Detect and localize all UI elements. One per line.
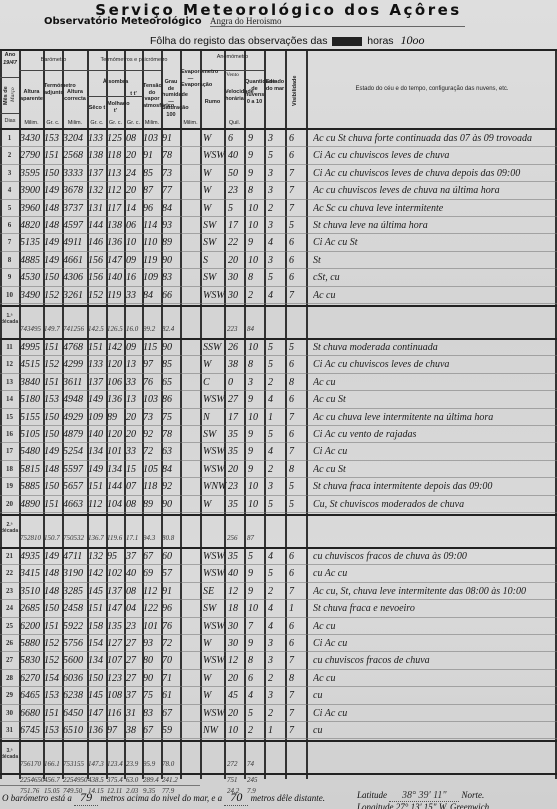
cell-nuv: 9 xyxy=(248,446,253,457)
cell-vis: 6 xyxy=(289,429,294,440)
cell-nuv: 9 xyxy=(248,133,253,144)
barometer-text: O barómetro está a xyxy=(2,793,72,803)
day-number: 25 xyxy=(0,622,19,630)
cell-rumo: W xyxy=(203,690,211,701)
sky-state-note: Ac cu xyxy=(313,621,553,632)
cell-seco: 149 xyxy=(88,394,103,405)
decade-alt-c: 753155 xyxy=(63,760,84,768)
cell-tt: 10 xyxy=(126,237,136,248)
cell-mar: 4 xyxy=(268,394,273,405)
unit-grc: Gr. c. xyxy=(88,120,106,127)
cell-molh: 108 xyxy=(107,690,122,701)
cell-vel: 30 xyxy=(228,621,238,632)
barometer-header: Barómetro xyxy=(20,57,87,64)
day-number: 10 xyxy=(0,291,19,299)
sheet-label-prefix: Fôlha do registo das observações das xyxy=(150,35,327,47)
cell-molh: 102 xyxy=(107,568,122,579)
monthly-sum-term: 456.7 xyxy=(44,776,60,784)
cell-seco: 158 xyxy=(88,621,103,632)
cell-term: 153 xyxy=(44,725,59,736)
cell-molh: 107 xyxy=(107,655,122,666)
cell-alt-c: 5657 xyxy=(63,481,83,492)
cell-nuv: 9 xyxy=(248,464,253,475)
day-number: 3 xyxy=(0,169,19,177)
cell-rumo: S xyxy=(203,255,208,266)
cell-mar: 2 xyxy=(268,377,273,388)
decade-label: 3.ª década xyxy=(0,748,19,760)
day-number: 15 xyxy=(0,413,19,421)
decade-tt: 23.9 xyxy=(126,760,138,768)
sky-state-note: Ci Ac cu xyxy=(313,446,553,457)
cell-molh: 135 xyxy=(107,621,122,632)
cell-term: 150 xyxy=(44,168,59,179)
longitude-suffix: W. Greenwich xyxy=(439,802,489,809)
cell-mar: 5 xyxy=(268,499,273,510)
cell-rumo: WSW xyxy=(203,708,225,719)
day-number: 6 xyxy=(0,221,19,229)
monthly-sum-tt: 63.0 xyxy=(126,776,138,784)
cell-tens: 103 xyxy=(143,394,158,405)
decade-seco: 147.3 xyxy=(88,760,104,768)
monthly-sum-alt-ap: 2254650 xyxy=(20,776,45,784)
cell-molh: 144 xyxy=(107,481,122,492)
cell-nuv: 10 xyxy=(248,412,258,423)
cell-nuv: 9 xyxy=(248,568,253,579)
cell-vel: 6 xyxy=(228,133,233,144)
sky-state-note: Ac cu St xyxy=(313,394,553,405)
sky-state-note: Ci Ac cu chuviscos leves de chuva depois… xyxy=(313,168,553,179)
cell-vel: 17 xyxy=(228,220,238,231)
cell-molh: 119 xyxy=(107,290,121,301)
cell-rumo: SSW xyxy=(203,342,221,353)
cell-molh: 120 xyxy=(107,429,122,440)
cell-hum: 89 xyxy=(162,237,172,248)
observations-table: Ano 19/47 Mês de Março Dias Barómetro Al… xyxy=(0,49,557,779)
cell-rumo: W xyxy=(203,185,211,196)
cell-nuv: 10 xyxy=(248,220,258,231)
sky-state-note: Ac cu xyxy=(313,377,553,388)
cell-vel: 35 xyxy=(228,551,238,562)
cell-alt-ap: 6465 xyxy=(20,690,40,701)
cell-alt-ap: 5180 xyxy=(20,394,40,405)
cell-molh: 95 xyxy=(107,551,117,562)
cell-term: 152 xyxy=(44,290,59,301)
cell-mar: 3 xyxy=(268,255,273,266)
cell-tens: 91 xyxy=(143,150,153,161)
cell-alt-ap: 5885 xyxy=(20,481,40,492)
cell-seco: 147 xyxy=(88,708,103,719)
cell-vel: 40 xyxy=(228,568,238,579)
cell-vis: 5 xyxy=(289,481,294,492)
sky-state-note: Ac cu St chuva forte continuada das 07 à… xyxy=(313,133,553,144)
latitude-value: 38° 39' 11" xyxy=(389,790,459,802)
cell-hum: 86 xyxy=(162,394,172,405)
cell-tens: 84 xyxy=(143,290,153,301)
cell-seco: 154 xyxy=(88,638,103,649)
cell-vis: 6 xyxy=(289,551,294,562)
cell-rumo: WSW xyxy=(203,655,225,666)
cell-term: 149 xyxy=(44,255,59,266)
year-value: 19/47 xyxy=(1,60,19,67)
cell-mar: 5 xyxy=(268,272,273,283)
cell-vis: 7 xyxy=(289,725,294,736)
cell-term: 150 xyxy=(44,429,59,440)
sky-state-note: Ac cu, St, chuva leve intermitente das 0… xyxy=(313,586,553,597)
cell-alt-ap: 4885 xyxy=(20,255,40,266)
cell-vis: 5 xyxy=(289,342,294,353)
latitude: Latitude 38° 39' 11" Norte. xyxy=(357,790,484,802)
cell-vel: 5 xyxy=(228,203,233,214)
cell-vis: 6 xyxy=(289,255,294,266)
cell-seco: 134 xyxy=(88,446,103,457)
decade-label: 2.ª década xyxy=(0,522,19,534)
sky-state-note: cu Ac cu xyxy=(313,568,553,579)
cell-vis: 6 xyxy=(289,359,294,370)
cell-hum: 92 xyxy=(162,481,172,492)
day-number: 16 xyxy=(0,430,19,438)
cell-alt-c: 6036 xyxy=(63,673,83,684)
cell-vel: 35 xyxy=(228,446,238,457)
cell-alt-ap: 3430 xyxy=(20,133,40,144)
day-number: 27 xyxy=(0,656,19,664)
cell-vel: 20 xyxy=(228,708,238,719)
cell-tens: 80 xyxy=(143,655,153,666)
sky-state-note: Ac cu chuva leve intermitente na última … xyxy=(313,412,553,423)
cell-tt: 13 xyxy=(126,394,136,405)
sky-state-note: cu xyxy=(313,725,553,736)
cell-vel: 30 xyxy=(228,638,238,649)
cell-rumo: W xyxy=(203,673,211,684)
cell-rumo: W xyxy=(203,499,211,510)
decade-nuv: 74 xyxy=(247,760,254,768)
cell-alt-c: 5922 xyxy=(63,621,83,632)
cell-vis: 7 xyxy=(289,168,294,179)
day-number: 12 xyxy=(0,360,19,368)
cell-term: 148 xyxy=(44,464,59,475)
cell-alt-ap: 6270 xyxy=(20,673,40,684)
cell-alt-ap: 2790 xyxy=(20,150,40,161)
decade-term: 166.1 xyxy=(44,760,60,768)
cell-tt: 27 xyxy=(126,638,136,649)
cell-term: 153 xyxy=(44,394,59,405)
cell-term: 152 xyxy=(44,638,59,649)
cell-term: 149 xyxy=(44,185,59,196)
cell-tens: 76 xyxy=(143,377,153,388)
cell-nuv: 5 xyxy=(248,551,253,562)
cell-mar: 5 xyxy=(268,342,273,353)
cell-vis: 8 xyxy=(289,673,294,684)
decade-alt-c: 741256 xyxy=(63,325,84,333)
thermometers-header: Termómetros e psicrómetro xyxy=(88,57,180,64)
cell-nuv: 10 xyxy=(248,481,258,492)
cell-tens: 92 xyxy=(143,429,153,440)
cell-hum: 78 xyxy=(162,429,172,440)
cell-vis: 6 xyxy=(289,150,294,161)
day-number: 21 xyxy=(0,552,19,560)
hour-value: 10oo xyxy=(400,33,424,47)
cell-alt-ap: 5815 xyxy=(20,464,40,475)
cell-mar: 4 xyxy=(268,290,273,301)
cell-alt-c: 3261 xyxy=(63,290,83,301)
humidity-header: Grau de humidade — Saturação 100 xyxy=(162,79,180,118)
cell-mar: 4 xyxy=(268,237,273,248)
sky-state-note: St chuva fraca e nevoeiro xyxy=(313,603,553,614)
cell-nuv: 2 xyxy=(248,290,253,301)
cell-seco: 137 xyxy=(88,168,103,179)
cell-molh: 113 xyxy=(107,168,121,179)
day-number: 8 xyxy=(0,256,19,264)
cell-mar: 3 xyxy=(268,481,273,492)
sky-state-note: St chuva moderada continuada xyxy=(313,342,553,353)
cell-alt-c: 4597 xyxy=(63,220,83,231)
cell-tt: 09 xyxy=(126,255,136,266)
cell-seco: 145 xyxy=(88,586,103,597)
cell-molh: 140 xyxy=(107,272,122,283)
decade-seco: 136.7 xyxy=(88,534,104,542)
cell-molh: 142 xyxy=(107,342,122,353)
day-number: 30 xyxy=(0,709,19,717)
latitude-label: Latitude xyxy=(357,790,387,800)
cell-tens: 114 xyxy=(143,220,157,231)
cell-tens: 83 xyxy=(143,708,153,719)
decade-alt-ap: 743495 xyxy=(20,325,41,333)
cell-seco: 150 xyxy=(88,673,103,684)
decade-molh: 119.6 xyxy=(107,534,122,542)
decade-tt: 16.0 xyxy=(126,325,138,333)
cell-alt-ap: 5830 xyxy=(20,655,40,666)
cell-tt: 38 xyxy=(126,725,136,736)
cell-vis: 8 xyxy=(289,464,294,475)
sky-state-note: cSt, cu xyxy=(313,272,553,283)
cell-vis: 7 xyxy=(289,290,294,301)
sky-state-note: Ac cu chuviscos leves de chuva na última… xyxy=(313,185,553,196)
day-number: 1 xyxy=(0,134,19,142)
evaporimeter-header: Evaporómetro — Evaporação xyxy=(181,69,200,89)
cell-molh: 106 xyxy=(107,377,122,388)
decade-term: 150.7 xyxy=(44,534,60,542)
monthly-sum-alt-c: 2254950 xyxy=(63,776,88,784)
cell-alt-ap: 6200 xyxy=(20,621,40,632)
cell-alt-c: 3678 xyxy=(63,185,83,196)
difference-header: t t' xyxy=(125,91,142,98)
decade-molh: 126.5 xyxy=(107,325,123,333)
cell-term: 150 xyxy=(44,272,59,283)
cell-term: 149 xyxy=(44,446,59,457)
cell-term: 152 xyxy=(44,359,59,370)
day-number: 17 xyxy=(0,447,19,455)
cell-tens: 67 xyxy=(143,551,153,562)
cell-nuv: 3 xyxy=(248,377,253,388)
wind-header: Vento xyxy=(201,72,264,79)
cell-alt-ap: 3490 xyxy=(20,290,40,301)
monthly-sum-nuv: 245 xyxy=(247,776,258,784)
cloud-amount-header: Quantidade de nuvens 0 a 10 xyxy=(245,79,264,105)
cell-mar: 1 xyxy=(268,725,273,736)
cell-mar: 4 xyxy=(268,446,273,457)
cell-alt-ap: 3900 xyxy=(20,185,40,196)
cell-tens: 87 xyxy=(143,185,153,196)
cell-alt-c: 4663 xyxy=(63,499,83,510)
cell-mar: 4 xyxy=(268,551,273,562)
cell-tt: 33 xyxy=(126,377,136,388)
cell-alt-ap: 3840 xyxy=(20,377,40,388)
cell-hum: 60 xyxy=(162,551,172,562)
cell-alt-c: 5756 xyxy=(63,638,83,649)
cell-vis: 6 xyxy=(289,638,294,649)
cell-alt-ap: 3595 xyxy=(20,168,40,179)
register-sheet: Serviço Meteorológico dos Açôres Observa… xyxy=(0,0,557,809)
shade-header: À sombra xyxy=(88,79,143,86)
cell-tens: 73 xyxy=(143,412,153,423)
cell-hum: 73 xyxy=(162,168,172,179)
decade-tt: 17.1 xyxy=(126,534,138,542)
cell-vis: 7 xyxy=(289,203,294,214)
cell-alt-ap: 5155 xyxy=(20,412,40,423)
cell-seco: 137 xyxy=(88,377,103,388)
cell-tens: 101 xyxy=(143,621,158,632)
cell-vel: 27 xyxy=(228,394,238,405)
cell-hum: 59 xyxy=(162,725,172,736)
cell-alt-c: 3333 xyxy=(63,168,83,179)
corrected-height-header: Altura correcta xyxy=(63,89,87,102)
cell-mar: 3 xyxy=(268,655,273,666)
cell-tt: 15 xyxy=(126,464,136,475)
cell-alt-c: 4911 xyxy=(63,237,82,248)
cell-mar: 5 xyxy=(268,150,273,161)
decade-nuv: 87 xyxy=(247,534,254,542)
cell-alt-ap: 3415 xyxy=(20,568,40,579)
cell-nuv: 10 xyxy=(248,499,258,510)
sky-state-note: Ci Ac cu vento de rajadas xyxy=(313,429,553,440)
cell-term: 148 xyxy=(44,220,59,231)
cell-molh: 137 xyxy=(107,586,122,597)
cell-vel: 30 xyxy=(228,272,238,283)
cell-molh: 138 xyxy=(107,220,122,231)
cell-vel: 12 xyxy=(228,586,238,597)
cell-mar: 1 xyxy=(268,412,273,423)
unit-milim: Milim. xyxy=(143,120,161,127)
cell-alt-ap: 4935 xyxy=(20,551,40,562)
cell-tt: 20 xyxy=(126,429,136,440)
cell-tt: 20 xyxy=(126,185,136,196)
monthly-sum-seco: 438.5 xyxy=(88,776,104,784)
cell-vis: 6 xyxy=(289,621,294,632)
cell-seco: 156 xyxy=(88,272,103,283)
sky-state-header: Estado do céu e do tempo, configuração d… xyxy=(310,86,554,93)
cell-alt-c: 4948 xyxy=(63,394,83,405)
cell-vel: 20 xyxy=(228,464,238,475)
day-number: 5 xyxy=(0,204,19,212)
cell-tt: 37 xyxy=(126,690,136,701)
cell-mar: 3 xyxy=(268,168,273,179)
cell-alt-c: 6238 xyxy=(63,690,83,701)
cell-nuv: 9 xyxy=(248,237,253,248)
cell-tt: 06 xyxy=(126,220,136,231)
cell-nuv: 2 xyxy=(248,725,253,736)
cell-rumo: WSW xyxy=(203,464,225,475)
barometer-text: metros acima do nivel do mar, e a xyxy=(100,793,222,803)
cell-tt: 23 xyxy=(126,621,136,632)
cell-nuv: 10 xyxy=(248,203,258,214)
cell-vis: 7 xyxy=(289,655,294,666)
year-label: Ano xyxy=(1,52,19,59)
cell-term: 150 xyxy=(44,412,59,423)
cell-nuv: 4 xyxy=(248,690,253,701)
cell-hum: 90 xyxy=(162,499,172,510)
cell-mar: 3 xyxy=(268,185,273,196)
cell-tens: 115 xyxy=(143,342,157,353)
cell-rumo: NW xyxy=(203,725,218,736)
cell-hum: 84 xyxy=(162,464,172,475)
cell-molh: 118 xyxy=(107,150,121,161)
days-label: Dias xyxy=(1,118,19,125)
sky-state-note: Ci Ac cu xyxy=(313,708,553,719)
cell-seco: 131 xyxy=(88,203,103,214)
cell-nuv: 9 xyxy=(248,168,253,179)
cell-seco: 109 xyxy=(88,412,103,423)
cell-vel: 30 xyxy=(228,290,238,301)
cell-rumo: SW xyxy=(203,220,216,231)
sky-state-note: cu xyxy=(313,690,553,701)
cell-mar: 2 xyxy=(268,203,273,214)
cell-seco: 138 xyxy=(88,150,103,161)
barometer-distance: 70 xyxy=(224,790,248,806)
cell-alt-c: 5254 xyxy=(63,446,83,457)
cell-vel: 40 xyxy=(228,150,238,161)
day-number: 31 xyxy=(0,726,19,734)
cell-alt-ap: 4530 xyxy=(20,272,40,283)
cell-molh: 112 xyxy=(107,185,121,196)
cell-hum: 63 xyxy=(162,446,172,457)
decade-hum: 78.0 xyxy=(162,760,174,768)
sky-state-note: Ci Ac cu xyxy=(313,638,553,649)
cell-alt-ap: 5880 xyxy=(20,638,40,649)
cell-hum: 67 xyxy=(162,708,172,719)
cell-alt-c: 6450 xyxy=(63,708,83,719)
cell-rumo: SW xyxy=(203,237,216,248)
day-number: 26 xyxy=(0,639,19,647)
cell-nuv: 7 xyxy=(248,621,253,632)
cell-hum: 57 xyxy=(162,568,172,579)
cell-term: 149 xyxy=(44,551,59,562)
cell-alt-c: 5600 xyxy=(63,655,83,666)
cell-nuv: 10 xyxy=(248,255,258,266)
sky-state-note: Ci Ac cu St xyxy=(313,237,553,248)
cell-tt: 13 xyxy=(126,359,136,370)
cell-alt-ap: 5135 xyxy=(20,237,40,248)
cell-vis: 6 xyxy=(289,394,294,405)
cell-tt: 07 xyxy=(126,481,136,492)
unit-grc: Gr. c. xyxy=(107,120,124,127)
cell-nuv: 5 xyxy=(248,708,253,719)
cell-seco: 134 xyxy=(88,655,103,666)
cell-vel: 35 xyxy=(228,499,238,510)
cell-alt-ap: 3510 xyxy=(20,586,40,597)
decade-hum: 82.4 xyxy=(162,325,174,333)
longitude: Longitude 27° 13' 15" W. Greenwich xyxy=(357,802,489,809)
cell-alt-ap: 5480 xyxy=(20,446,40,457)
cell-molh: 147 xyxy=(107,603,122,614)
cell-vis: 5 xyxy=(289,499,294,510)
cell-alt-c: 4711 xyxy=(63,551,82,562)
monthly-sum-molh: 375.4 xyxy=(107,776,123,784)
day-number: 4 xyxy=(0,186,19,194)
decade-seco: 142.5 xyxy=(88,325,104,333)
cell-alt-ap: 4995 xyxy=(20,342,40,353)
cell-alt-c: 4768 xyxy=(63,342,83,353)
cell-molh: 134 xyxy=(107,464,122,475)
cell-hum: 83 xyxy=(162,272,172,283)
